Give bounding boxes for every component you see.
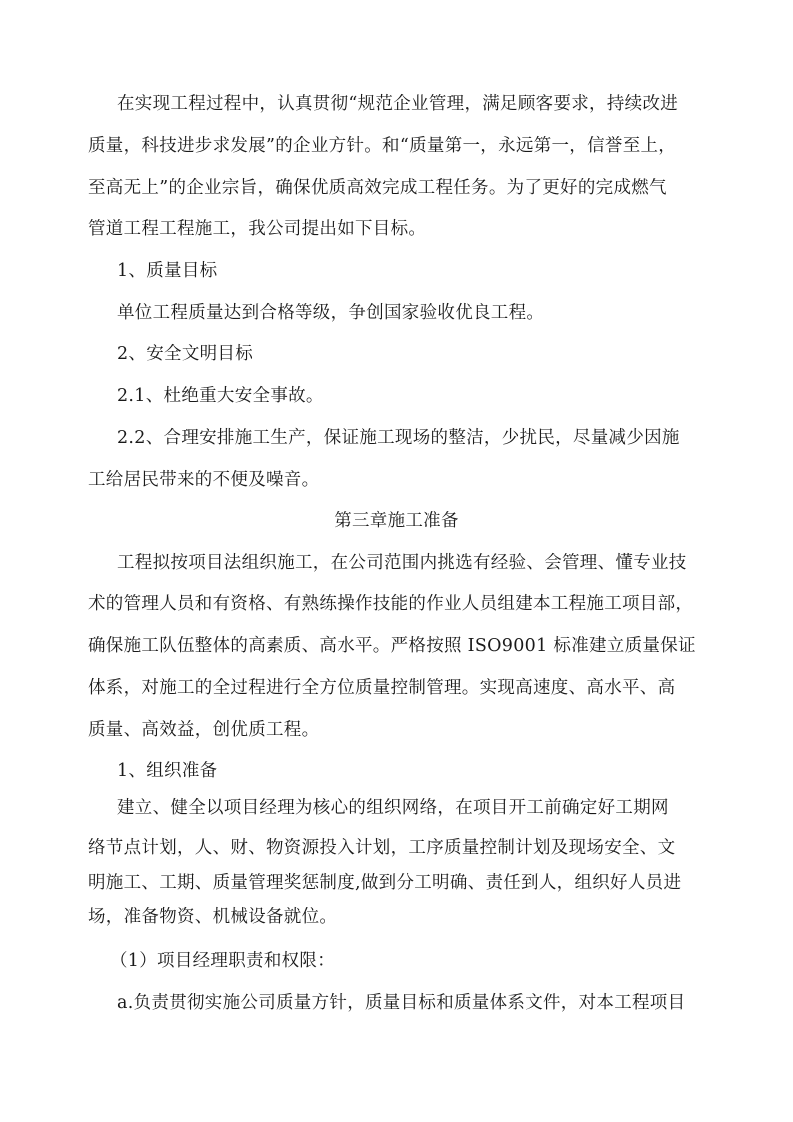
list-item: a.负责贯彻实施公司质量方针，质量目标和质量体系文件，对本工程项目 <box>117 991 713 1015</box>
list-item: 2.2、合理安排施工生产，保证施工现场的整洁，少扰民，尽量减少因施 <box>117 426 713 450</box>
section-heading-quality-goal: 1、质量目标 <box>117 259 713 283</box>
section-heading-safety-goal: 2、安全文明目标 <box>117 342 713 366</box>
paragraph-line: 质量、高效益，创优质工程。 <box>88 718 713 742</box>
paragraph-line: 体系，对施工的全过程进行全方位质量控制管理。实现高速度、高水平、高 <box>88 676 713 700</box>
section-heading-organization: 1、组织准备 <box>117 759 713 783</box>
list-item: 2.1、杜绝重大安全事故。 <box>117 384 713 408</box>
subsection-heading-pm-duties: （1）项目经理职责和权限： <box>110 949 735 973</box>
paragraph-line: 络节点计划，人、财、物资源投入计划，工序质量控制计划及现场安全、文 <box>88 836 713 860</box>
paragraph-line: 质量，科技进步求发展”的企业方针。和“质量第一，永远第一，信誉至上， <box>88 134 713 158</box>
paragraph-line: 明施工、工期、质量管理奖惩制度,做到分工明确、责任到人，组织好人员进 <box>88 871 713 895</box>
paragraph-line: 至高无上”的企业宗旨，确保优质高效完成工程任务。为了更好的完成燃气 <box>88 176 713 200</box>
paragraph-line: 工程拟按项目法组织施工，在公司范围内挑选有经验、会管理、懂专业技 <box>117 551 713 575</box>
paragraph-line: 场，准备物资、机械设备就位。 <box>88 905 713 929</box>
paragraph-line: 在实现工程过程中，认真贯彻“规范企业管理，满足顾客要求，持续改进 <box>117 92 713 116</box>
paragraph-line: 工给居民带来的不便及噪音。 <box>88 468 713 492</box>
paragraph-line: 管道工程工程施工，我公司提出如下目标。 <box>88 217 713 241</box>
paragraph-line: 建立、健全以项目经理为核心的组织网络，在项目开工前确定好工期网 <box>117 796 713 820</box>
document-page: 在实现工程过程中，认真贯彻“规范企业管理，满足顾客要求，持续改进 质量，科技进步… <box>0 0 793 1122</box>
paragraph-line: 确保施工队伍整体的高素质、高水平。严格按照 ISO9001 标准建立质量保证 <box>88 634 713 658</box>
chapter-heading: 第三章施工准备 <box>0 509 793 533</box>
paragraph-line: 单位工程质量达到合格等级，争创国家验收优良工程。 <box>117 301 713 325</box>
paragraph-line: 术的管理人员和有资格、有熟练操作技能的作业人员组建本工程施工项目部， <box>88 592 713 616</box>
